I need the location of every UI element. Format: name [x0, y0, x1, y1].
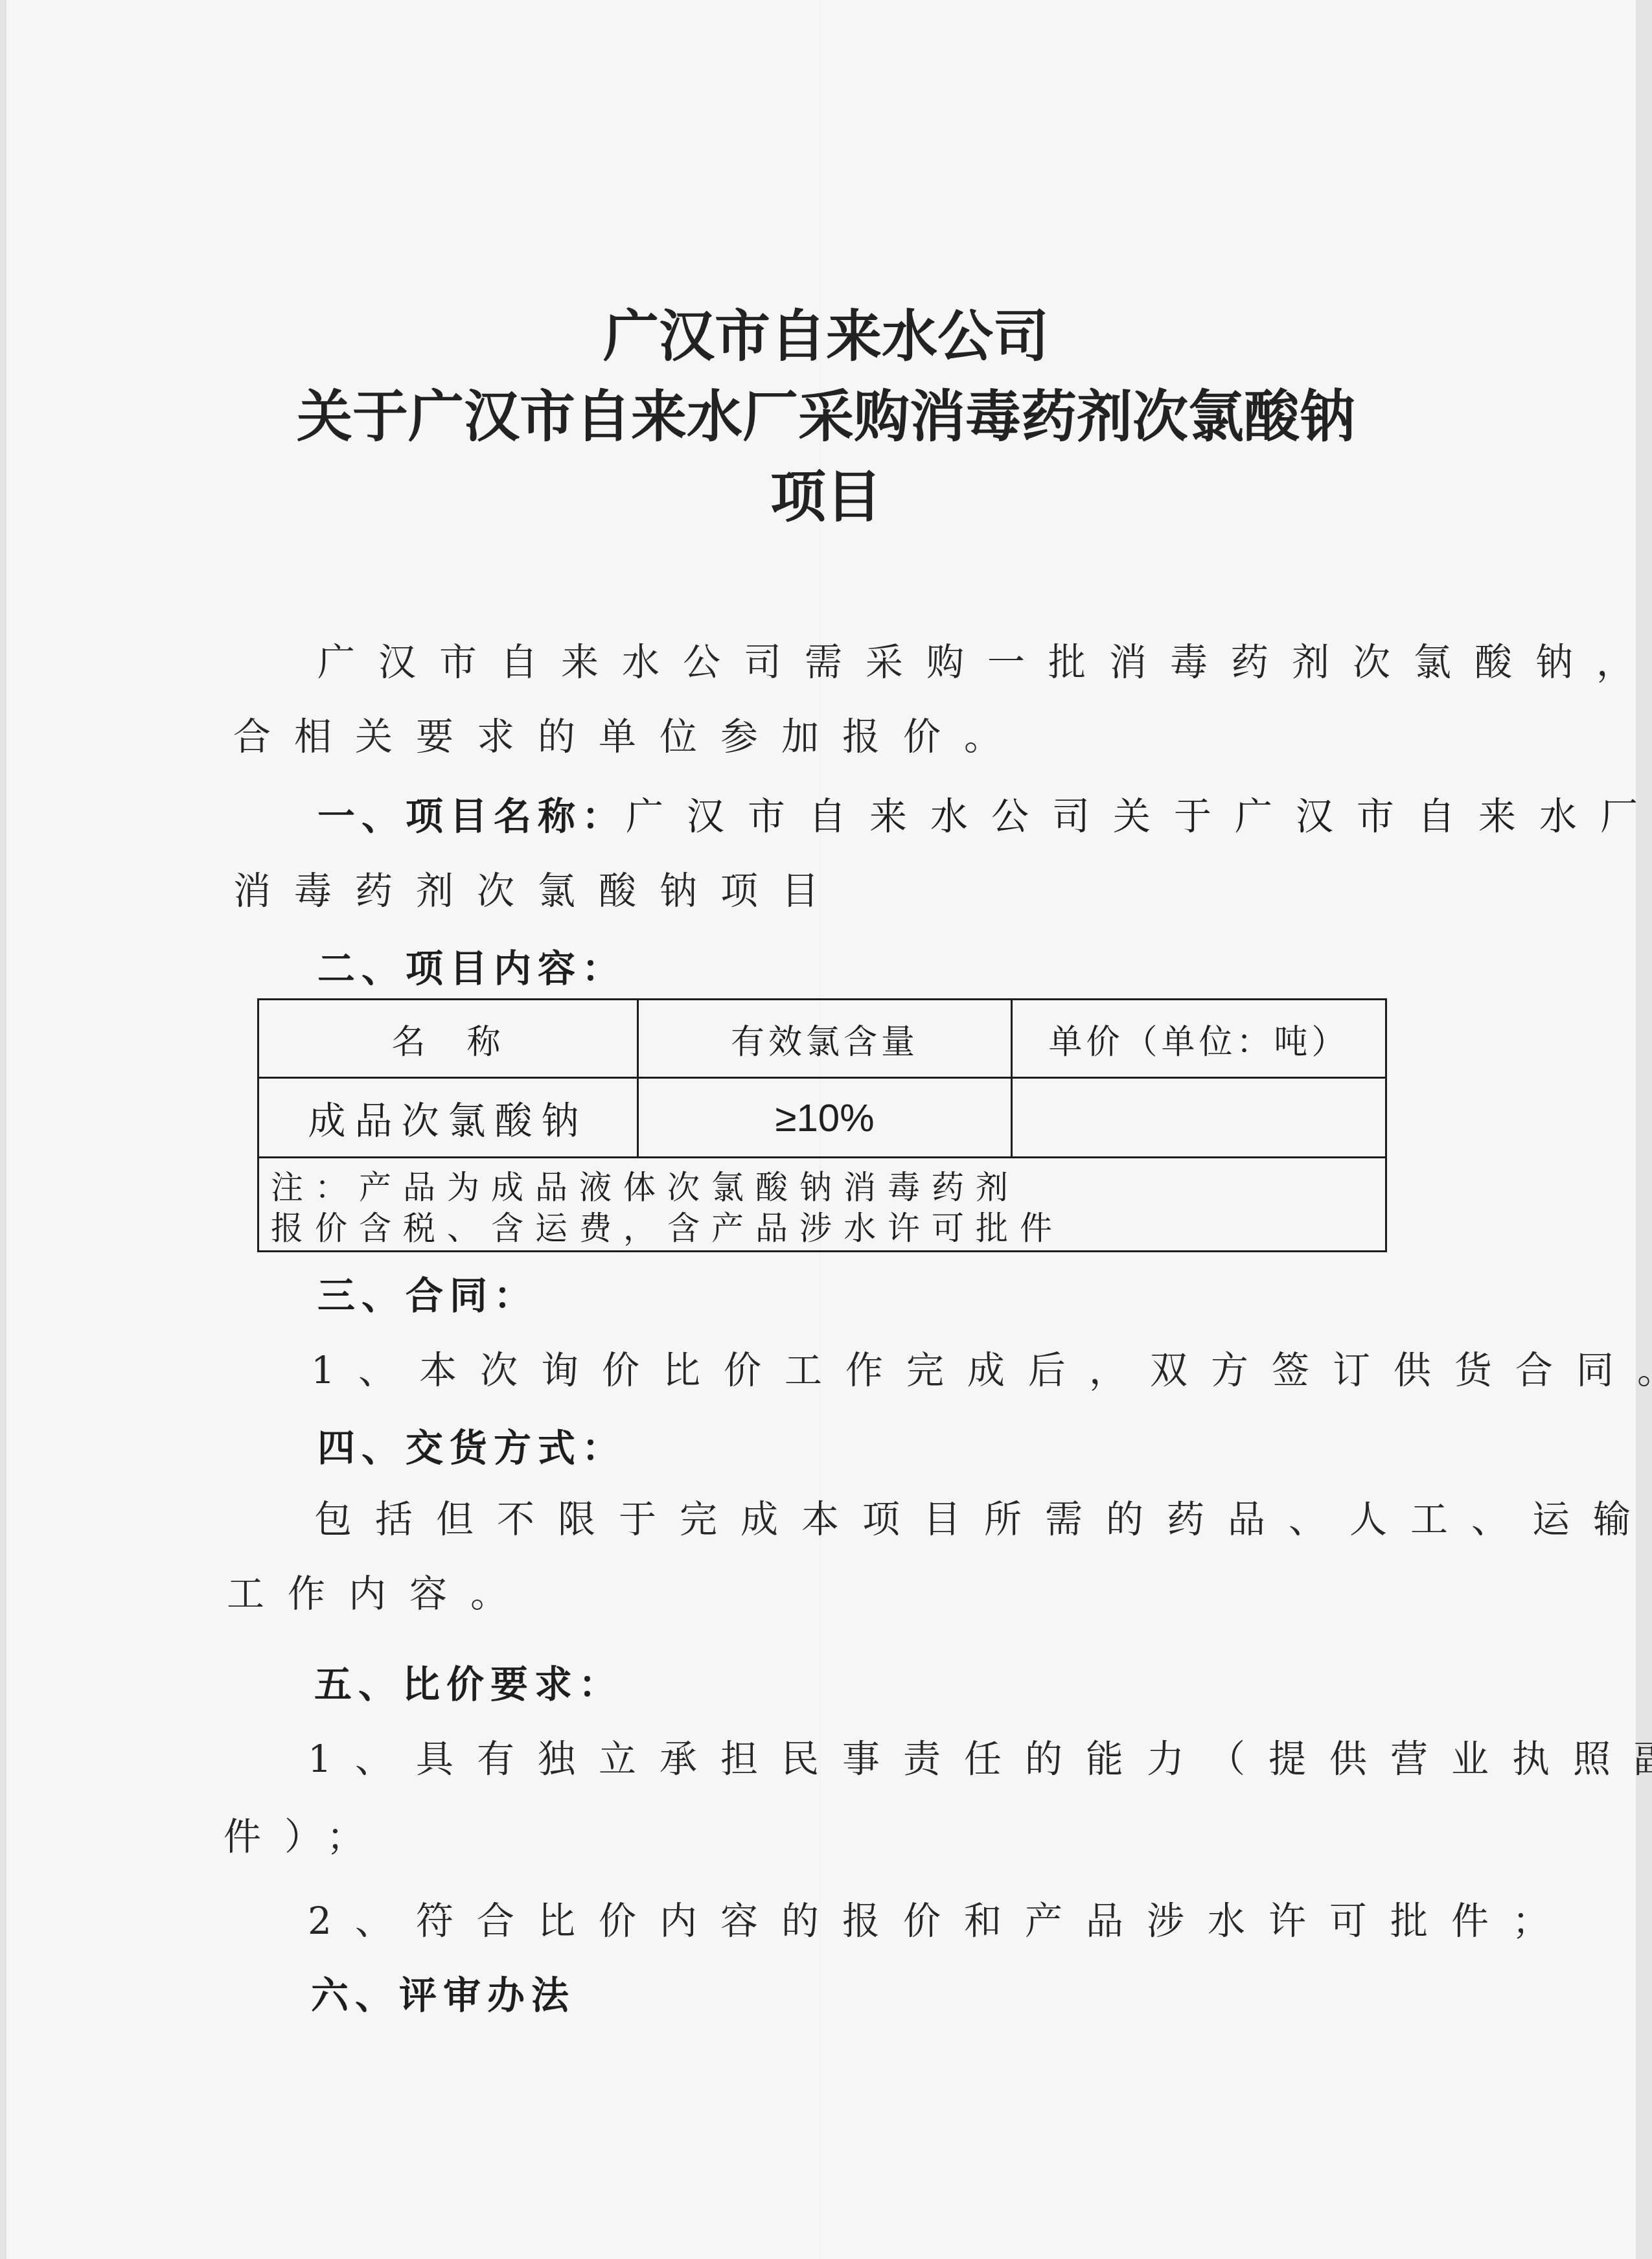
section-1-content-line-1: 广汉市自来水公司关于广汉市自来水厂采购 — [626, 794, 1652, 838]
table-row-divider — [259, 1156, 1385, 1158]
section-5-item-2: 2、符合比价内容的报价和产品涉水许可批件； — [308, 1898, 1573, 1944]
table-note-line-2: 报价含税、含运费，含产品涉水许可批件 — [271, 1208, 1064, 1248]
title-line-1: 广汉市自来水公司 — [0, 306, 1652, 368]
section-5-item-1: 1、具有独立承担民事责任的能力（提供营业执照副本复印 — [308, 1736, 1652, 1782]
section-1-content-line-2: 消毒药剂次氯酸钠项目 — [233, 868, 842, 913]
intro-line-2: 合相关要求的单位参加报价。 — [233, 714, 1025, 759]
section-1-heading-label: 一、项目名称： — [317, 794, 626, 838]
title-line-2: 关于广汉市自来水厂采购消毒药剂次氯酸钠 — [0, 386, 1652, 448]
intro-line-1: 广汉市自来水公司需采购一批消毒药剂次氯酸钠，特邀请符 — [317, 639, 1652, 685]
table-header-unit-price: 单价（单位：吨） — [1013, 1000, 1385, 1077]
table-cell-unit-price — [1013, 1079, 1385, 1156]
section-1-heading: 一、项目名称：广汉市自来水公司关于广汉市自来水厂采购 — [317, 794, 1652, 839]
section-5-heading: 五、比价要求： — [314, 1662, 623, 1707]
section-3-item-1: 1、本次询价比价工作完成后，双方签订供货合同。 — [311, 1347, 1652, 1393]
title-line-3: 项目 — [0, 466, 1652, 529]
section-5-item-1-continued: 件）； — [224, 1814, 387, 1859]
table-cell-chlorine-content: ≥10% — [639, 1079, 1011, 1156]
table-header-name: 名 称 — [259, 1000, 637, 1077]
section-6-heading: 六、评审办法 — [311, 1973, 575, 2018]
section-4-content-line-2: 工作内容。 — [227, 1571, 531, 1616]
project-content-table: 名 称 有效氯含量 单价（单位：吨） 成品次氯酸钠 ≥10% 注：产品为成品液体… — [257, 998, 1387, 1252]
table-cell-product-name: 成品次氯酸钠 — [259, 1079, 637, 1156]
table-note-line-1: 注：产品为成品液体次氯酸钠消毒药剂 — [271, 1167, 1020, 1208]
section-4-heading: 四、交货方式： — [317, 1425, 626, 1471]
section-2-heading: 二、项目内容： — [317, 946, 626, 991]
section-4-content-line-1: 包括但不限于完成本项目所需的药品、人工、运输、装卸等 — [314, 1496, 1652, 1542]
section-3-heading: 三、合同： — [317, 1273, 538, 1318]
table-header-chlorine: 有效氯含量 — [639, 1000, 1011, 1077]
